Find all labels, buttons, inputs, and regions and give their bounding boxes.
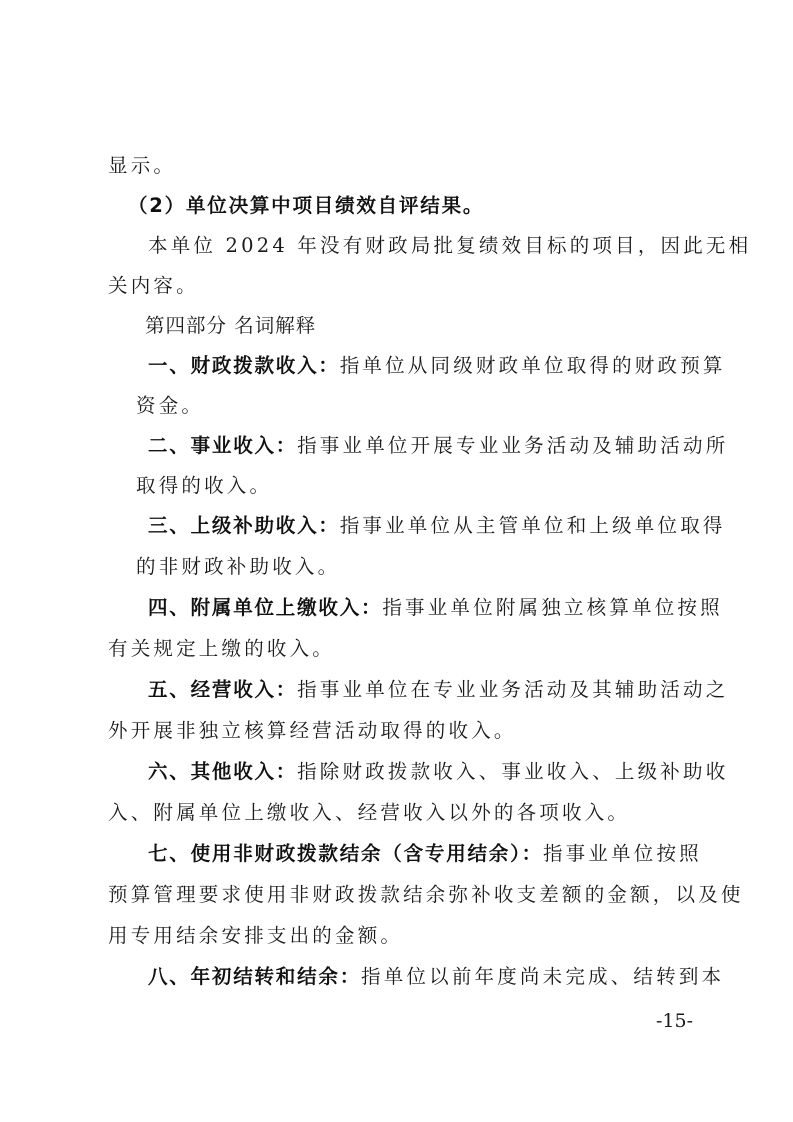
term-text: 指事业单位按照 [543, 842, 702, 865]
term-definition: 五、经营收入：指事业单位在专业业务活动及其辅助活动之 [148, 678, 728, 702]
page-number: -15- [656, 1010, 693, 1032]
term-label: 八、年初结转和结余： [148, 965, 361, 988]
term-label: 五、经营收入： [148, 678, 297, 701]
term-definition: 三、上级补助收入：指事业单位从主管单位和上级单位取得 [148, 514, 726, 538]
paragraph-line: 入、附属单位上缴收入、经营收入以外的各项收入。 [108, 801, 630, 825]
paragraph-line: 有关规定上缴的收入。 [108, 637, 335, 661]
line-text: 显示。 [108, 154, 176, 177]
line-text: 资金。 [136, 394, 204, 417]
term-definition: 一、财政拨款收入：指单位从同级财政单位取得的财政预算 [148, 354, 726, 378]
section-heading: 第四部分 名词解释 [145, 314, 316, 338]
line-text: 预算管理要求使用非财政拨款结余弥补收支差额的金额，以及使 [108, 883, 744, 906]
term-definition: 八、年初结转和结余：指单位以前年度尚未完成、结转到本 [148, 965, 724, 989]
term-label: 四、附属单位上缴收入： [148, 596, 382, 619]
paragraph-line: 资金。 [136, 394, 204, 418]
term-definition: 七、使用非财政拨款结余（含专用结余）：指事业单位按照 [148, 842, 702, 866]
term-text: 指单位以前年度尚未完成、结转到本 [361, 965, 724, 988]
line-text: 的非财政补助收入。 [136, 555, 340, 578]
line-text: 关内容。 [108, 274, 199, 297]
line-text: 取得的收入。 [136, 474, 272, 497]
term-definition: 六、其他收入：指除财政拨款收入、事业收入、上级补助收 [148, 760, 728, 784]
term-label: 二、事业收入： [148, 434, 297, 457]
term-label: 一、财政拨款收入： [148, 354, 340, 377]
term-text: 指事业单位从主管单位和上级单位取得 [340, 514, 726, 537]
term-label: 三、上级补助收入： [148, 514, 340, 537]
document-page: 显示。 （2）单位决算中项目绩效自评结果。 本单位 2024 年没有财政局批复绩… [0, 0, 793, 1122]
paragraph-line: 关内容。 [108, 274, 199, 298]
term-label: 六、其他收入： [148, 760, 297, 783]
section-heading-text: 第四部分 名词解释 [145, 314, 316, 337]
line-text: 本单位 2024 年没有财政局批复绩效目标的项目，因此无相 [148, 234, 751, 257]
line-text: 外开展非独立核算经营活动取得的收入。 [108, 719, 517, 742]
paragraph-line: 预算管理要求使用非财政拨款结余弥补收支差额的金额，以及使 [108, 883, 744, 907]
term-text: 指事业单位开展专业业务活动及辅助活动所 [297, 434, 728, 457]
line-text: 用专用结余安排支出的金额。 [108, 924, 403, 947]
subsection-title-text: （2）单位决算中项目绩效自评结果。 [128, 194, 484, 217]
term-text: 指除财政拨款收入、事业收入、上级补助收 [297, 760, 728, 783]
term-label: 七、使用非财政拨款结余（含专用结余）： [148, 842, 543, 865]
paragraph-line: 本单位 2024 年没有财政局批复绩效目标的项目，因此无相 [148, 234, 751, 258]
paragraph-line: 的非财政补助收入。 [136, 555, 340, 579]
paragraph-line: 取得的收入。 [136, 474, 272, 498]
term-text: 指事业单位附属独立核算单位按照 [382, 596, 723, 619]
term-definition: 四、附属单位上缴收入：指事业单位附属独立核算单位按照 [148, 596, 723, 620]
paragraph-line: 显示。 [108, 154, 176, 178]
line-text: 入、附属单位上缴收入、经营收入以外的各项收入。 [108, 801, 630, 824]
paragraph-line: 用专用结余安排支出的金额。 [108, 924, 403, 948]
term-text: 指事业单位在专业业务活动及其辅助活动之 [297, 678, 728, 701]
line-text: 有关规定上缴的收入。 [108, 637, 335, 660]
term-text: 指单位从同级财政单位取得的财政预算 [340, 354, 726, 377]
subsection-title: （2）单位决算中项目绩效自评结果。 [128, 194, 484, 218]
term-definition: 二、事业收入：指事业单位开展专业业务活动及辅助活动所 [148, 434, 728, 458]
paragraph-line: 外开展非独立核算经营活动取得的收入。 [108, 719, 517, 743]
